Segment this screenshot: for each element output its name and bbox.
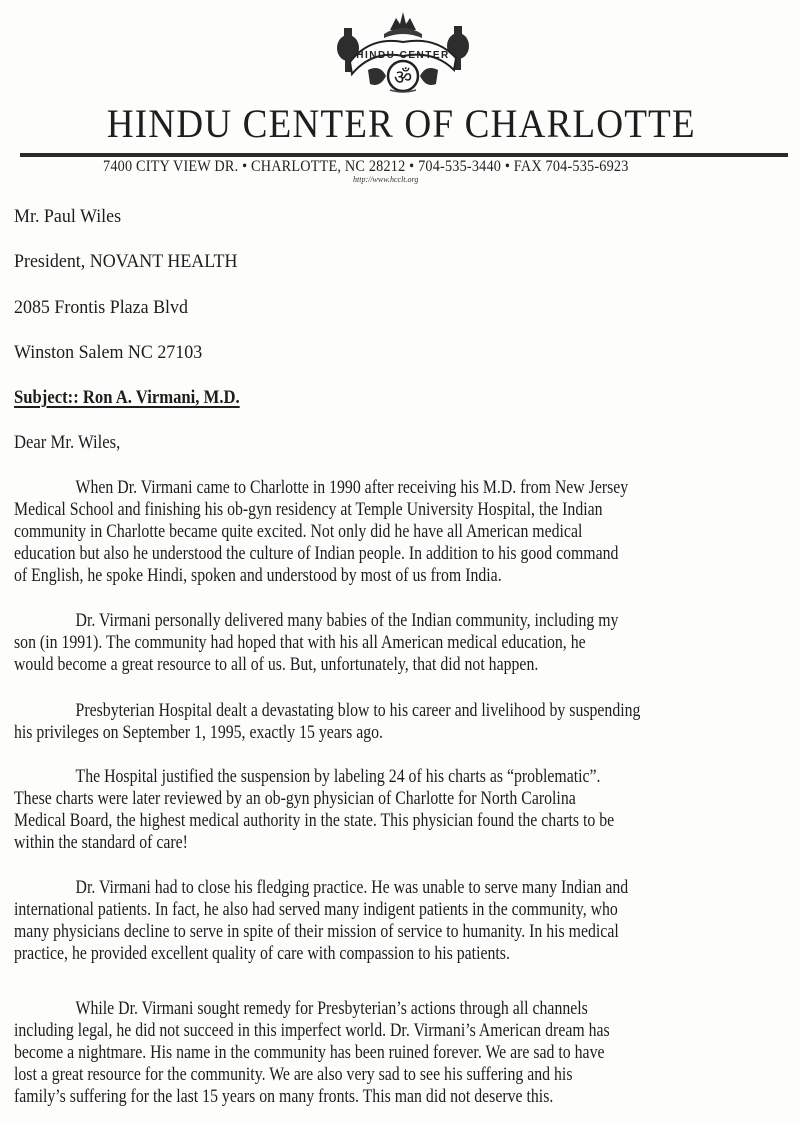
paragraph-line: Medical School and finishing his ob-gyn … <box>14 499 686 521</box>
letterhead-divider <box>20 153 788 157</box>
organization-address: 7400 CITY VIEW DR. • CHARLOTTE, NC 28212… <box>103 158 629 176</box>
recipient-name: Mr. Paul Wiles <box>14 207 121 227</box>
paragraph-line: son (in 1991). The community had hoped t… <box>14 632 686 654</box>
paragraph-line: community in Charlotte became quite exci… <box>14 521 686 543</box>
paragraph-line: international patients. In fact, he also… <box>14 899 686 921</box>
recipient-city-state-zip: Winston Salem NC 27103 <box>14 343 202 363</box>
paragraph-line: Medical Board, the highest medical autho… <box>14 810 686 832</box>
paragraph-line: his privileges on September 1, 1995, exa… <box>14 722 686 744</box>
paragraph-line: Presbyterian Hospital dealt a devastatin… <box>14 700 686 722</box>
om-emblem-icon: HINDU CENTER ॐ <box>330 8 476 94</box>
letter-page: HINDU CENTER ॐ HINDU CENTER OF CHARLOTTE… <box>0 0 800 1124</box>
paragraph-line: When Dr. Virmani came to Charlotte in 19… <box>14 477 686 499</box>
paragraph-line: While Dr. Virmani sought remedy for Pres… <box>14 998 686 1020</box>
paragraph-line: become a nightmare. His name in the comm… <box>14 1042 686 1064</box>
paragraph-line: Dr. Virmani had to close his fledging pr… <box>14 877 686 899</box>
recipient-street: 2085 Frontis Plaza Blvd <box>14 298 188 318</box>
paragraph-line: family’s suffering for the last 15 years… <box>14 1086 686 1108</box>
salutation: Dear Mr. Wiles, <box>14 433 120 453</box>
paragraph-line: within the standard of care! <box>14 832 686 854</box>
organization-website: http://www.hcclt.org <box>353 175 418 184</box>
recipient-title: President, NOVANT HEALTH <box>14 252 237 272</box>
paragraph-line: of English, he spoke Hindi, spoken and u… <box>14 565 686 587</box>
paragraph-line: practice, he provided excellent quality … <box>14 943 686 965</box>
paragraph-line: would become a great resource to all of … <box>14 654 686 676</box>
paragraph-line: These charts were later reviewed by an o… <box>14 788 686 810</box>
organization-name: HINDU CENTER OF CHARLOTTE <box>29 100 773 147</box>
paragraph-line: many physicians decline to serve in spit… <box>14 921 686 943</box>
paragraph-line: education but also he understood the cul… <box>14 543 686 565</box>
paragraph-line: including legal, he did not succeed in t… <box>14 1020 686 1042</box>
paragraph-5: Dr. Virmani had to close his fledging pr… <box>14 877 800 965</box>
paragraph-line: Dr. Virmani personally delivered many ba… <box>14 610 686 632</box>
svg-text:HINDU CENTER: HINDU CENTER <box>356 50 450 61</box>
paragraph-4: The Hospital justified the suspension by… <box>14 766 800 854</box>
paragraph-3: Presbyterian Hospital dealt a devastatin… <box>14 700 800 744</box>
paragraph-line: lost a great resource for the community.… <box>14 1064 686 1086</box>
paragraph-6: While Dr. Virmani sought remedy for Pres… <box>14 998 800 1108</box>
paragraph-2: Dr. Virmani personally delivered many ba… <box>14 610 800 676</box>
paragraph-1: When Dr. Virmani came to Charlotte in 19… <box>14 477 800 587</box>
svg-text:ॐ: ॐ <box>394 65 412 89</box>
paragraph-line: The Hospital justified the suspension by… <box>14 766 686 788</box>
letter-subject: Subject:: Ron A. Virmani, M.D. <box>14 388 240 408</box>
